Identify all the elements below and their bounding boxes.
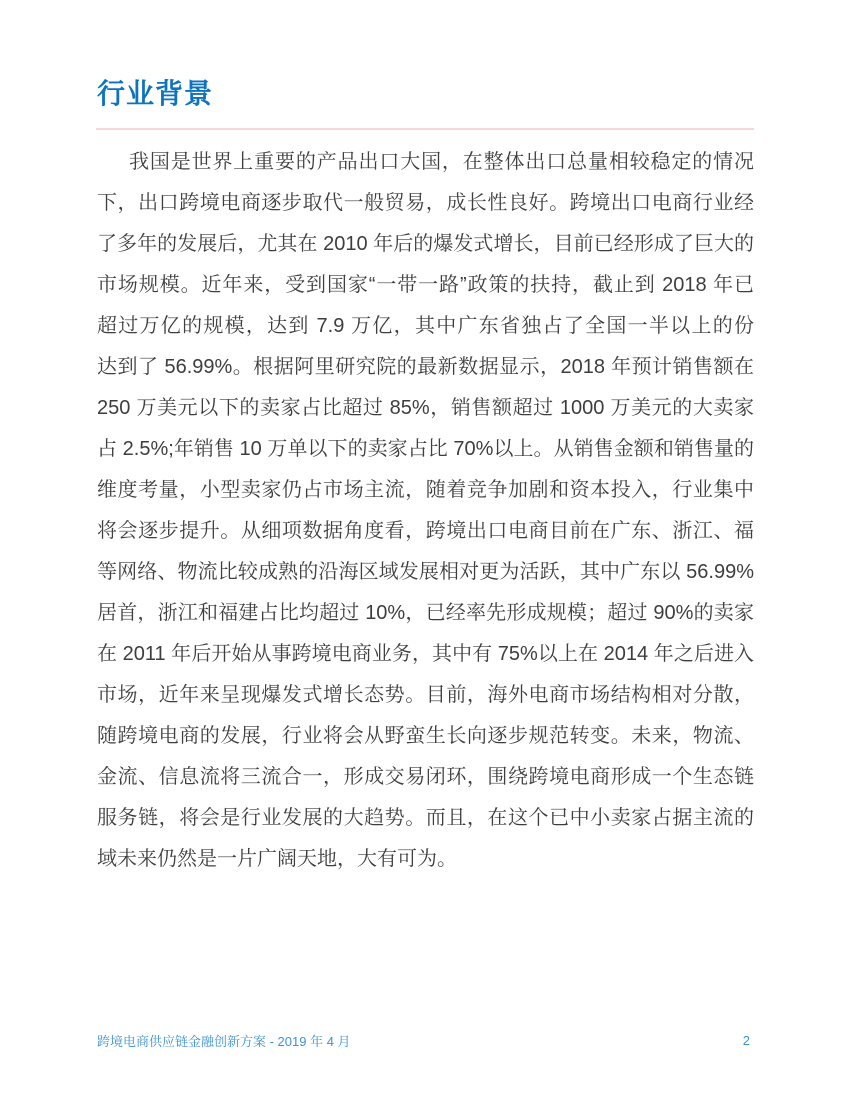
paragraph-line: 随跨境电商的发展，行业将会从野蛮生长向逐步规范转变。未来，物流、资 bbox=[97, 716, 754, 757]
paragraph-line: 下，出口跨境电商逐步取代一般贸易，成长性良好。跨境出口电商行业经历 bbox=[97, 183, 754, 224]
paragraph-line: 达到了 56.99%。根据阿里研究院的最新数据显示，2018 年预计销售额在 bbox=[97, 347, 754, 388]
document-page: 行业背景 我国是世界上重要的产品出口大国，在整体出口总量相较稳定的情况 下，出口… bbox=[0, 0, 850, 1100]
body-paragraph: 我国是世界上重要的产品出口大国，在整体出口总量相较稳定的情况 下，出口跨境电商逐… bbox=[97, 142, 754, 880]
paragraph-line: 居首，浙江和福建占比均超过 10%，已经率先形成规模；超过 90%的卖家 bbox=[97, 593, 754, 634]
footer-doc-title: 跨境电商供应链金融创新方案 - 2019 年 4 月 bbox=[97, 1031, 351, 1050]
section-heading: 行业背景 bbox=[97, 78, 213, 110]
paragraph-line: 我国是世界上重要的产品出口大国，在整体出口总量相较稳定的情况 bbox=[97, 142, 754, 183]
paragraph-line: 等网络、物流比较成熟的沿海区域发展相对更为活跃，其中广东以 56.99% bbox=[97, 552, 754, 593]
paragraph-line: 了多年的发展后，尤其在 2010 年后的爆发式增长，目前已经形成了巨大的 bbox=[97, 224, 754, 265]
footer-page-number: 2 bbox=[743, 1033, 754, 1048]
paragraph-line: 域未来仍然是一片广阔天地，大有可为。 bbox=[97, 839, 754, 880]
paragraph-line: 超过万亿的规模，达到 7.9 万亿，其中广东省独占了全国一半以上的份额， bbox=[97, 306, 754, 347]
paragraph-line: 维度考量，小型卖家仍占市场主流，随着竞争加剧和资本投入，行业集中度 bbox=[97, 470, 754, 511]
paragraph-line: 250 万美元以下的卖家占比超过 85%，销售额超过 1000 万美元的大卖家仅 bbox=[97, 388, 754, 429]
paragraph-line: 服务链，将会是行业发展的大趋势。而且，在这个已中小卖家占据主流的区 bbox=[97, 798, 754, 839]
paragraph-line: 市场，近年来呈现爆发式增长态势。目前，海外电商市场结构相对分散，伴 bbox=[97, 675, 754, 716]
paragraph-line: 市场规模。近年来，受到国家“一带一路”政策的扶持，截止到 2018 年已 bbox=[97, 265, 754, 306]
paragraph-line: 金流、信息流将三流合一，形成交易闭环，围绕跨境电商形成一个生态链和 bbox=[97, 757, 754, 798]
paragraph-line: 在 2011 年后开始从事跨境电商业务，其中有 75%以上在 2014 年之后进… bbox=[97, 634, 754, 675]
paragraph-line: 将会逐步提升。从细项数据角度看，跨境出口电商目前在广东、浙江、福建 bbox=[97, 511, 754, 552]
page-footer: 跨境电商供应链金融创新方案 - 2019 年 4 月 2 bbox=[97, 1031, 754, 1050]
paragraph-line: 占 2.5%;年销售 10 万单以下的卖家占比 70%以上。从销售金额和销售量的 bbox=[97, 429, 754, 470]
heading-divider bbox=[96, 128, 754, 130]
